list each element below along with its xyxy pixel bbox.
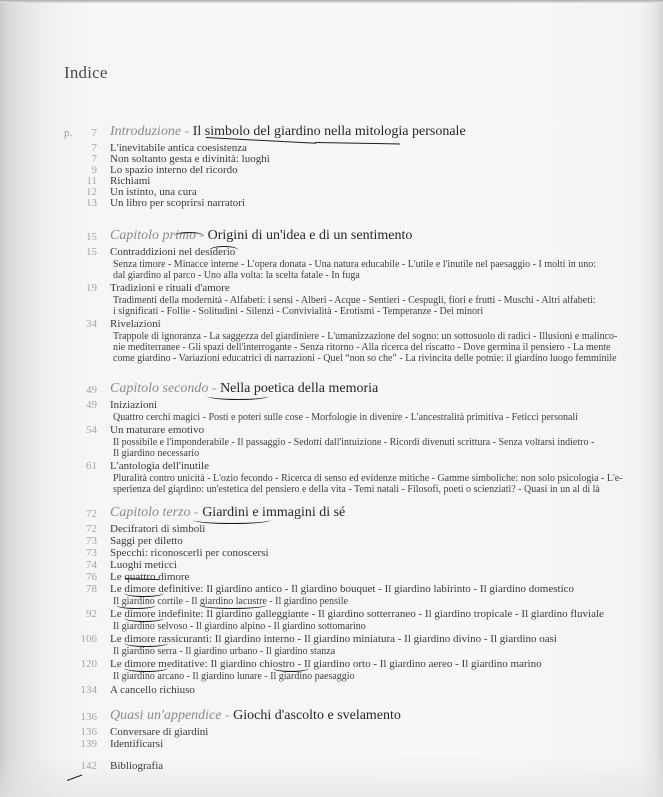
chapter-kicker: Introduzione	[110, 124, 181, 139]
entry-title: Bibliografia	[110, 760, 163, 772]
page-number: 78	[71, 583, 97, 595]
entry-details: come giardino - Variazioni educatrici di…	[113, 353, 617, 365]
page-number: 61	[71, 460, 97, 472]
speck-mark	[178, 492, 181, 495]
entry-title: L'antologia dell'inutile	[110, 460, 209, 472]
entry-details: dal giardino al parco - Uno alla volta: …	[113, 270, 360, 282]
page-number: 54	[71, 424, 97, 436]
entry-title: Decifratori di simboli	[110, 523, 205, 535]
chapter-title: Nella poetica della memoria	[220, 381, 378, 396]
page-number: 73	[71, 535, 97, 547]
entry-title: Contraddizioni nel desiderio	[110, 246, 235, 258]
entry-title: Un libro per scoprirsi narratori	[110, 197, 245, 209]
page-number: 72	[71, 523, 97, 535]
page-number: 120	[71, 658, 97, 670]
page-number: 139	[71, 738, 97, 750]
page-number: 142	[71, 760, 97, 772]
entry-title: Identificarsi	[110, 738, 163, 750]
chapter-heading: Capitolo primo - Origini di un'idea e di…	[110, 228, 412, 244]
entry-title: Un maturare emotivo	[110, 424, 204, 436]
entry-title: Specchi: riconoscerli per conoscersi	[110, 547, 269, 559]
chapter-heading: Capitolo secondo - Nella poetica della m…	[110, 381, 378, 397]
entry-title: Rivelazioni	[110, 318, 161, 330]
page-number: 34	[71, 318, 97, 330]
page-number: 136	[71, 726, 97, 738]
page-number: 72	[71, 508, 97, 520]
entry-details: Il giardino serra - Il giardino urbano -…	[113, 646, 335, 658]
page-number: 134	[71, 684, 97, 696]
page-number: 13	[71, 197, 97, 209]
page-number: 136	[71, 711, 97, 723]
entry-details: Il giardino arcano - Il giardino lunare …	[113, 671, 355, 683]
pen-underline-mark	[315, 142, 400, 144]
entry-title: Le dimore indefinite: Il giardino galleg…	[110, 608, 604, 620]
page-bottom-shade	[0, 757, 663, 797]
page-number: 49	[71, 384, 97, 396]
chapter-kicker: Capitolo terzo	[110, 505, 191, 520]
scanned-page: Indice p. 7 Introduzione - Il simbolo de…	[0, 0, 663, 797]
page-title: Indice	[64, 63, 108, 83]
chapter-title: Origini di un'idea e di un sentimento	[208, 228, 413, 243]
page-number: 76	[71, 571, 97, 583]
entry-title: Luoghi meticci	[110, 559, 177, 571]
entry-title: Tradizioni e rituali d'amore	[110, 282, 230, 294]
chapter-title: Giochi d'ascolto e svelamento	[233, 708, 401, 723]
page-number: 15	[71, 246, 97, 258]
entry-title: Conversare di giardini	[110, 726, 208, 738]
page-number: 106	[71, 633, 97, 645]
entry-details: Il giardino necessario	[113, 448, 199, 460]
page-number: 7	[71, 127, 97, 139]
page-number: 49	[71, 399, 97, 411]
page-top-edge	[0, 0, 663, 3]
chapter-heading: Capitolo terzo - Giardini e immagini di …	[110, 505, 345, 521]
chapter-kicker: Capitolo primo	[110, 228, 196, 243]
entry-details: i significati - Follie - Solitudini - Si…	[113, 306, 483, 318]
chapter-heading: Introduzione - Il simbolo del giardino n…	[110, 124, 466, 140]
entry-title: A cancello richiuso	[110, 684, 195, 696]
entry-title: Saggi per diletto	[110, 535, 183, 547]
entry-details: Il giardino cortile - Il giardino lacust…	[113, 596, 348, 608]
page-number: 73	[71, 547, 97, 559]
chapter-kicker: Quasi un'appendice	[110, 708, 221, 723]
entry-details: Il giardino selvoso - Il giardino alpino…	[113, 621, 366, 633]
entry-title: Le dimore meditative: Il giardino chiost…	[110, 658, 542, 670]
entry-details: Quattro cerchi magici - Posti e poteri s…	[113, 412, 578, 424]
entry-title: Iniziazioni	[110, 399, 157, 411]
page-number: 19	[71, 282, 97, 294]
page-number: 92	[71, 608, 97, 620]
entry-title: Le dimore definitive: Il giardino antico…	[110, 583, 574, 595]
entry-details: sperienza del giardino: un'estetica del …	[113, 484, 600, 496]
chapter-title: Il simbolo del giardino nella mitologia …	[193, 124, 466, 139]
chapter-kicker: Capitolo secondo	[110, 381, 208, 396]
page-number: 15	[71, 231, 97, 243]
page-number: 74	[71, 559, 97, 571]
chapter-heading: Quasi un'appendice - Giochi d'ascolto e …	[110, 708, 401, 724]
chapter-title: Giardini e immagini di sé	[202, 505, 345, 520]
entry-title: Le quattro dimore	[110, 571, 189, 583]
entry-title: Le dimore rassicuranti: Il giardino inte…	[110, 633, 557, 645]
